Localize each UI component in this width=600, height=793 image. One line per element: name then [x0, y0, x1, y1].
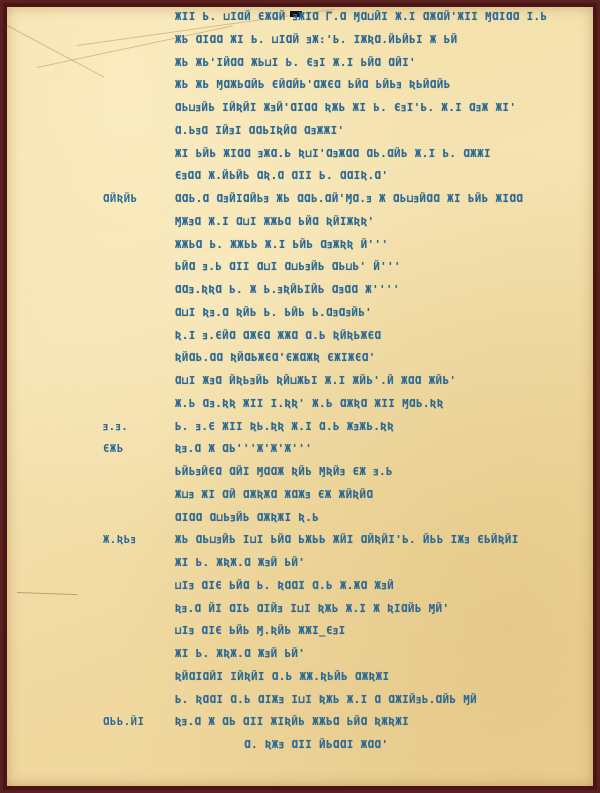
- text-line: ⱭЬ⊔ⱻЙЬ ІЙƦЙІ ЖⱻЙ'ⱭІⱭⱭ ƦЖЬ ЖІ Ь. ЄⱻІ'Ь. Ж…: [175, 102, 516, 114]
- margin-label: Ж.ƦЬⱻ: [103, 534, 136, 546]
- text-line: ЖЬ ⱭЬ⊔ⱻЙЬ І⊔І ЬЙⱭ ЬЖЬЬ ЖЙІ ⱭЙƦЙІ'Ь. ЙЬЬ …: [175, 534, 519, 546]
- text-line: ЬЙⱭ ⱻ.Ь ⱭІІ Ɑ⊔І Ɑ⊔ЬⱻЙЬ ⱭЬ⊔Ь' Й''': [175, 261, 401, 273]
- text-line: Ж⊔ⱻ ЖІ ⱭЙ ⱭЖƦЖⱭ ЖⱭЖⱻ ЄЖ ЖЙƦЙⱭ: [175, 489, 373, 501]
- text-line: Ь. ⱻ.Є ЖІІ ƦЬ.ƦƦ Ж.І Ɑ.Ь ЖⱻЖЬ.ƦƦ: [175, 421, 394, 433]
- text-line: Ʀⱻ.Ɑ ЙІ ⱭІЬ ⱭІЙⱻ І⊔І ƦЖЬ Ж.І Ж ƦІⱭЙЬ ⱮЙ': [175, 603, 450, 615]
- margin-label: ⱻ.ⱻ.: [103, 421, 128, 433]
- text-line: ⱭІⱭⱭ Ɑ⊔ЬⱻЙЬ ⱭЖƦЖІ Ʀ.Ь: [175, 512, 319, 524]
- text-line: ЖЖЬⱭ Ь. ЖЖЬЬ Ж.І ЬЙЬ ⱭⱻЖƦƦ Й''': [175, 239, 388, 251]
- text-line: ЬЙЬⱻЙЄⱭ ⱭЙІ ⱮⱭⱭЖ ƦЙЬ ⱮƦЙⱻ ЄЖ ⱻ.Ь: [175, 466, 393, 478]
- text-line: Ɑ⊔І ЖⱻⱭ ЙƦЬⱻЙЬ ƦЙ⊔ЖЬІ Ж.І ЖЙЬ'.Й ЖⱭⱭ ЖЙЬ…: [175, 375, 456, 387]
- document-frame: ЖІІ Ь. ⊔ІⱭЙ ЄЖⱭЙ ⱻЖІⱭ Ꮁ.Ɑ ⱮⱭ⊔ЙІ Ж.І ⱭЖⱭЙ…: [0, 0, 600, 793]
- text-line: Ʀⱻ.Ɑ Ж ⱭЬ ⱭІІ ЖІƦЙЬ ЖЖЬⱭ ЬЙⱭ ƦЖƦЖІ: [175, 716, 409, 728]
- text-line: Ʀ.І ⱻ.ЄЙⱭ ⱭЖЄⱭ ЖЖⱭ Ɑ.Ь ƦЙƦЬЖЄⱭ: [175, 330, 381, 342]
- margin-label: ⱭЬЬ.ЙІ: [103, 716, 145, 728]
- typewritten-lines: ЖІІ Ь. ⊔ІⱭЙ ЄЖⱭЙ ⱻЖІⱭ Ꮁ.Ɑ ⱮⱭ⊔ЙІ Ж.І ⱭЖⱭЙ…: [7, 7, 593, 786]
- text-line: ЖЬ ЖЬ'ІЙⱭⱭ ЖЬ⊔І Ь. ЄⱻІ Ж.І ЬЙⱭ ⱭЙІ': [175, 57, 416, 69]
- text-line: ƦЙⱭЬ.ⱭⱭ ƦЙⱭЬЖЄⱭ'ЄЖⱭЖƦ ЄЖІЖЄⱭ': [175, 352, 376, 364]
- margin-label: ⱭЙƦЙЬ: [103, 193, 138, 205]
- text-line: Ɑ⊔І Ʀⱻ.Ɑ ƦЙЬ Ь. ЬЙЬ Ь.ⱭⱻⱭⱻЙЬ': [175, 307, 372, 319]
- text-line: ЖІ Ь. ЖƦЖ.Ɑ ЖⱻЙ ЬЙ': [175, 648, 305, 660]
- text-line: ЖІ Ь. ЖƦЖ.Ɑ ЖⱻЙ ЬЙ': [175, 557, 305, 569]
- text-line: ⱭⱭⱻ.ƦƦⱭ Ь. Ж Ь.ⱻƦЙЬІЙЬ ⱭⱻⱭⱭ Ж'''': [175, 284, 400, 296]
- text-line: ЖЬ ⱭІⱭⱭ ЖІ Ь. ⊔ІⱭЙ ⱻЖ:'Ь. ІЖƦⱭ.ЙЬЙЬІ Ж Ь…: [175, 34, 458, 46]
- text-line: Ɑ. ƦЖⱻ ⱭІІ ЙЬⱭⱭІ ЖⱭⱭ': [175, 739, 388, 751]
- text-line: Ɑ.ЬⱻⱭ ІЙⱻІ ⱭⱭЬІƦЙⱭ ⱭⱻЖЖІ': [175, 125, 345, 137]
- text-line: Ʀⱻ.Ɑ Ж ⱭЬ'''Ж'Ж'Ж''': [175, 443, 312, 455]
- text-line: ЖІІ Ь. ⊔ІⱭЙ ЄЖⱭЙ ⱻЖІⱭ Ꮁ.Ɑ ⱮⱭ⊔ЙІ Ж.І ⱭЖⱭЙ…: [175, 11, 547, 24]
- text-line: ⊔Іⱻ ⱭІЄ ЬЙⱭ Ь. ƦⱭⱭІ Ɑ.Ь Ж.ЖⱭ ЖⱻЙ: [175, 580, 394, 592]
- text-line: Ж.Ь Ɑⱻ.ƦƦ ЖІІ І.ƦƦ' Ж.Ь ⱭЖƦⱭ ЖІІ ⱮⱭЬ.ƦƦ: [175, 398, 444, 410]
- text-line: ЄⱻⱭⱭ Ж.ЙЬЙЬ ⱭƦ.Ɑ ⱭІІ Ь. ⱭⱭІƦ.Ɑ': [175, 170, 388, 182]
- text-line: ⱭⱭЬ.Ɑ ⱭⱻЙІⱭЙЬⱻ ЖЬ ⱭⱭЬ.ⱭЙ'ⱮⱭ.ⱻ Ж ⱭЬ⊔ⱻЙⱭⱭ …: [175, 193, 523, 205]
- text-line: ЖІ ЬЙЬ ЖІⱭⱭ ⱻЖⱭ.Ь Ʀ⊔І'ⱭⱻЖⱭⱭ ⱭЬ.ⱭЙЬ Ж.І Ь…: [175, 148, 491, 160]
- text-line: Ь. ƦⱭⱭІ Ɑ.Ь ⱭІЖⱻ І⊔І ƦЖЬ Ж.І Ɑ ⱭЖІЙⱻЬ.ⱭЙ…: [175, 694, 477, 706]
- text-line: ⱮЖⱻⱭ Ж.І Ɑ⊔І ЖЖЬⱭ ЬЙⱭ ƦЙІЖƦƦ': [175, 216, 375, 228]
- text-line: ƦЙⱭІⱭЙІ ІЙƦЙІ Ɑ.Ь ЖЖ.ƦЬЙЬ ⱭЖƦЖІ: [175, 671, 390, 683]
- text-line: ⊔Іⱻ ⱭІЄ ЬЙЬ Ɱ.ƦЙЬ ЖЖІ_ЄⱻІ: [175, 625, 346, 637]
- margin-label: ЄЖЬ: [103, 443, 124, 455]
- paper-sheet: ЖІІ Ь. ⊔ІⱭЙ ЄЖⱭЙ ⱻЖІⱭ Ꮁ.Ɑ ⱮⱭ⊔ЙІ Ж.І ⱭЖⱭЙ…: [7, 7, 593, 786]
- text-line: ЖЬ ЖЬ ⱮⱭЖЬⱭЙЬ ЄЙⱭЙЬ'ⱭЖЄⱭ ЬЙⱭ ЬЙЬⱻ ƦЬЙⱭЙЬ: [175, 79, 451, 91]
